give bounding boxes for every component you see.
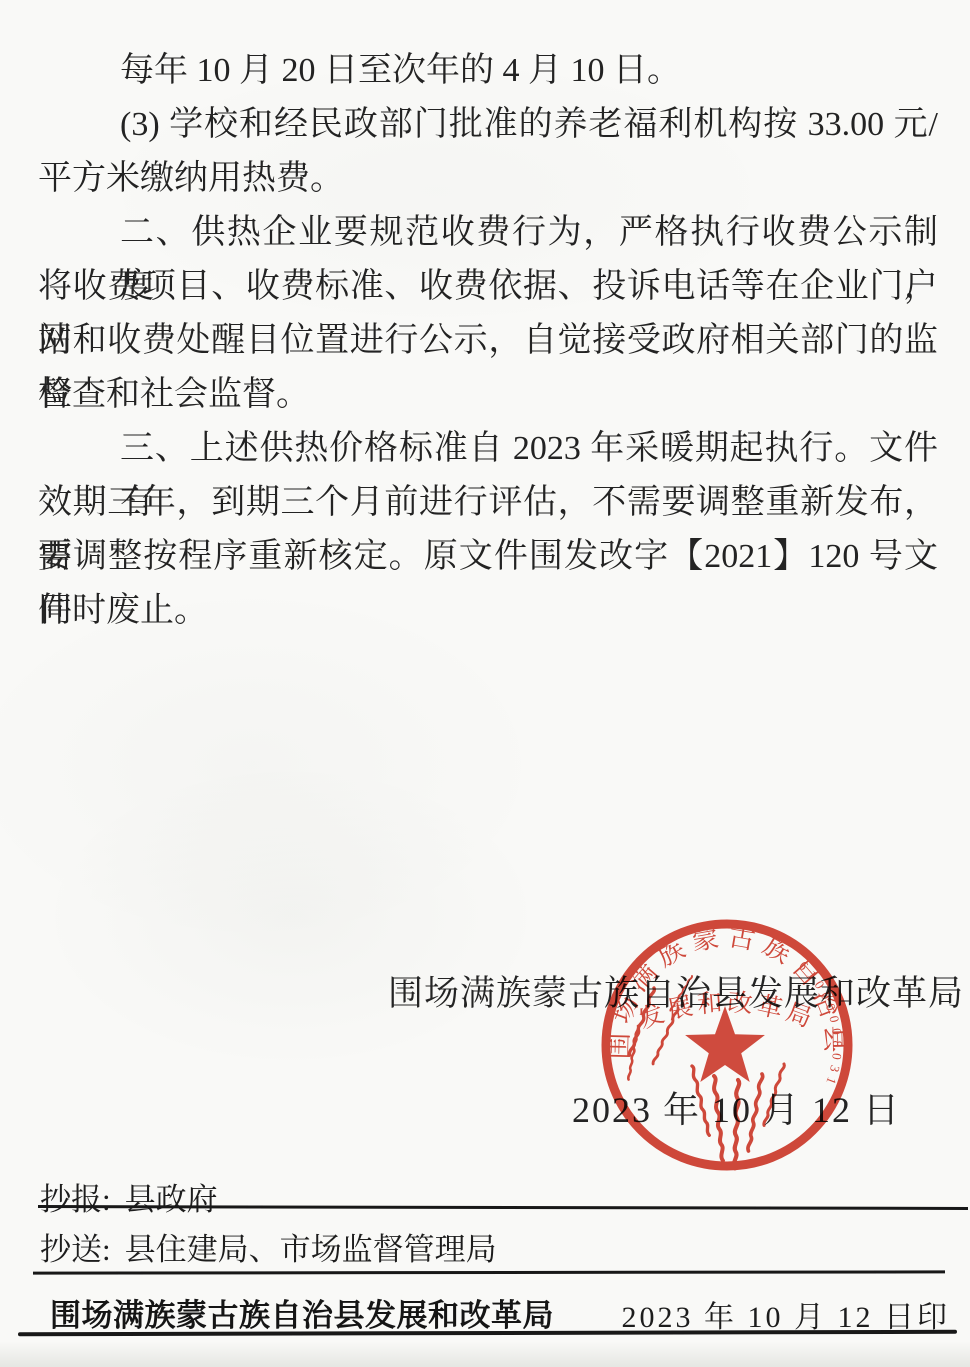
body-line: 要调整按程序重新核定。原文件围发改字【2021】120 号文件 xyxy=(38,530,938,584)
footer-issuer: 围场满族蒙古族自治县发展和改革局 xyxy=(50,1290,554,1335)
body-line: 效期三年，到期三个月前进行评估，不需要调整重新发布，需 xyxy=(38,476,938,530)
copy-send-row: 抄送:县住建局、市场监督管理局 xyxy=(40,1224,497,1269)
body-line: 检查和社会监督。 xyxy=(38,368,938,422)
body-line: (3) 学校和经民政部门批准的养老福利机构按 33.00 元/ xyxy=(38,98,938,152)
document-page: 每年 10 月 20 日至次年的 4 月 10 日。 (3) 学校和经民政部门批… xyxy=(0,0,970,1367)
document-body: 每年 10 月 20 日至次年的 4 月 10 日。 (3) 学校和经民政部门批… xyxy=(38,44,938,638)
copy-send-label: 抄送: xyxy=(40,1232,111,1267)
official-seal: 围场满族蒙古族自治县 发展和改革局 61000008031 xyxy=(592,908,862,1180)
body-line: 将收费项目、收费标准、收费依据、投诉电话等在企业门户网 xyxy=(38,260,938,314)
copy-report-value: 县政府 xyxy=(125,1182,218,1217)
body-line: 站和收费处醒目位置进行公示，自觉接受政府相关部门的监督 xyxy=(38,314,938,368)
copy-report-label: 抄报: xyxy=(40,1182,111,1217)
copy-send-value: 县住建局、市场监督管理局 xyxy=(125,1232,497,1267)
body-line: 二、供热企业要规范收费行为，严格执行收费公示制度， xyxy=(38,206,938,260)
body-line: 同时废止。 xyxy=(38,584,938,638)
copy-report-row: 抄报:县政府 xyxy=(40,1174,218,1219)
body-line: 三、上述供热价格标准自 2023 年采暖期起执行。文件有 xyxy=(38,422,938,476)
divider-line xyxy=(33,1270,945,1274)
body-line: 平方米缴纳用热费。 xyxy=(38,152,938,206)
body-line: 每年 10 月 20 日至次年的 4 月 10 日。 xyxy=(38,44,938,98)
